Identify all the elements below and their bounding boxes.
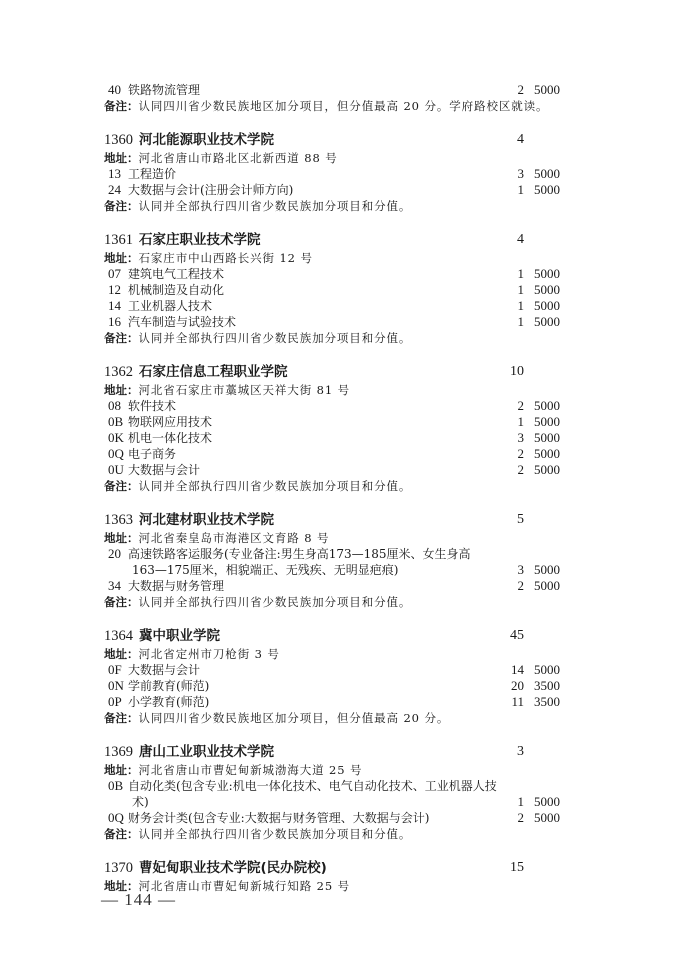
major-name: 工程造价	[128, 166, 176, 182]
major-row: 16 汽车制造与试验技术 1 5000	[104, 314, 584, 330]
previous-school-fragment: 40 铁路物流管理 2 5000 备注：认同四川省少数民族地区加分项目，但分值最…	[104, 82, 584, 114]
note-label: 备注：	[104, 199, 139, 213]
major-row: 12 机械制造及自动化 1 5000	[104, 282, 584, 298]
school-total-quota: 45	[510, 626, 524, 646]
major-name: 铁路物流管理	[128, 82, 200, 98]
school-name: 曹妃甸职业技术学院(民办院校)	[139, 860, 327, 876]
school-code: 1362	[104, 364, 133, 380]
note-text: 认同并全部执行四川省少数民族加分项目和分值。	[139, 827, 412, 841]
major-row: 0N 学前教育(师范) 20 3500	[104, 678, 584, 694]
major-name: 汽车制造与试验技术	[128, 314, 236, 330]
major-name: 软件技术	[128, 398, 176, 414]
major-tuition: 5000	[534, 562, 560, 578]
major-name-continuation: 术)	[132, 794, 149, 810]
school-code: 1370	[104, 860, 133, 876]
school-total-quota: 3	[517, 742, 524, 762]
address-label: 地址：	[104, 531, 139, 545]
major-quota: 1	[518, 298, 525, 314]
address-label: 地址：	[104, 383, 139, 397]
document-page: 40 铁路物流管理 2 5000 备注：认同四川省少数民族地区加分项目，但分值最…	[104, 82, 584, 894]
major-tuition: 5000	[534, 182, 560, 198]
school-header: 1363河北建材职业技术学院 5	[104, 510, 584, 530]
major-row: 0Q 电子商务 2 5000	[104, 446, 584, 462]
address-text: 河北省定州市刀枪街 3 号	[139, 647, 280, 661]
major-name: 大数据与会计	[128, 662, 200, 678]
school-header: 1369唐山工业职业技术学院 3	[104, 742, 584, 762]
major-tuition: 5000	[534, 298, 560, 314]
school-block-1360: 1360河北能源职业技术学院 4 地址：河北省唐山市路北区北新西道 88 号 1…	[104, 130, 584, 214]
major-quota: 2	[518, 462, 525, 478]
note-text: 认同并全部执行四川省少数民族加分项目和分值。	[139, 479, 412, 493]
note-label: 备注：	[104, 99, 139, 113]
address-text: 河北省唐山市路北区北新西道 88 号	[139, 151, 338, 165]
major-quota: 1	[518, 414, 525, 430]
major-row: 0Q 财务会计类(包含专业:大数据与财务管理、大数据与会计) 2 5000	[104, 810, 584, 826]
major-row: 13 工程造价 3 5000	[104, 166, 584, 182]
school-header: 1362石家庄信息工程职业学院 10	[104, 362, 584, 382]
note-label: 备注：	[104, 331, 139, 345]
major-tuition: 5000	[534, 282, 560, 298]
address-row: 地址：河北省唐山市曹妃甸新城行知路 25 号	[104, 878, 584, 894]
address-text: 河北省唐山市曹妃甸新城渤海大道 25 号	[139, 763, 363, 777]
major-tuition: 5000	[534, 414, 560, 430]
major-quota: 20	[511, 678, 524, 694]
school-name: 冀中职业学院	[139, 628, 220, 644]
major-tuition: 5000	[534, 166, 560, 182]
address-row: 地址：河北省定州市刀枪街 3 号	[104, 646, 584, 662]
major-tuition: 5000	[534, 810, 560, 826]
major-row: 20 高速铁路客运服务(专业备注:男生身高173—185厘米、女生身高	[104, 546, 584, 562]
school-name: 河北建材职业技术学院	[139, 512, 274, 528]
school-name: 石家庄职业技术学院	[139, 232, 261, 248]
major-row: 0P 小学教育(师范) 11 3500	[104, 694, 584, 710]
note-row: 备注：认同并全部执行四川省少数民族加分项目和分值。	[104, 826, 584, 842]
note-label: 备注：	[104, 595, 139, 609]
major-quota: 1	[518, 794, 525, 810]
major-row: 34 大数据与财务管理 2 5000	[104, 578, 584, 594]
address-text: 河北省石家庄市藁城区天祥大街 81 号	[139, 383, 351, 397]
address-label: 地址：	[104, 251, 139, 265]
major-tuition: 5000	[534, 82, 560, 98]
school-block-1364: 1364冀中职业学院 45 地址：河北省定州市刀枪街 3 号 0F 大数据与会计…	[104, 626, 584, 726]
school-header: 1364冀中职业学院 45	[104, 626, 584, 646]
note-row: 备注：认同并全部执行四川省少数民族加分项目和分值。	[104, 330, 584, 346]
major-name: 建筑电气工程技术	[128, 266, 224, 282]
major-name: 小学教育(师范)	[128, 694, 209, 710]
major-quota: 14	[511, 662, 524, 678]
major-row: 07 建筑电气工程技术 1 5000	[104, 266, 584, 282]
note-row: 备注：认同并全部执行四川省少数民族加分项目和分值。	[104, 594, 584, 610]
major-quota: 1	[518, 282, 525, 298]
major-quota: 2	[518, 398, 525, 414]
school-total-quota: 15	[510, 858, 524, 878]
major-row: 08 软件技术 2 5000	[104, 398, 584, 414]
major-tuition: 5000	[534, 662, 560, 678]
major-row: 0K 机电一体化技术 3 5000	[104, 430, 584, 446]
school-code: 1361	[104, 232, 133, 248]
school-code: 1360	[104, 132, 133, 148]
major-tuition: 5000	[534, 314, 560, 330]
major-quota: 3	[518, 562, 525, 578]
major-name: 电子商务	[128, 446, 176, 462]
major-tuition: 5000	[534, 794, 560, 810]
major-name: 大数据与会计(注册会计师方向)	[128, 182, 293, 198]
note-row: 备注：认同四川省少数民族地区加分项目，但分值最高 20 分。	[104, 710, 584, 726]
note-label: 备注：	[104, 479, 139, 493]
school-total-quota: 4	[517, 230, 524, 250]
major-tuition: 5000	[534, 430, 560, 446]
address-text: 石家庄市中山西路长兴街 12 号	[139, 251, 313, 265]
major-name: 机械制造及自动化	[128, 282, 224, 298]
major-quota: 3	[518, 430, 525, 446]
major-name: 自动化类(包含专业:机电一体化技术、电气自动化技术、工业机器人技	[128, 778, 497, 794]
school-name: 河北能源职业技术学院	[139, 132, 274, 148]
school-block-1361: 1361石家庄职业技术学院 4 地址：石家庄市中山西路长兴街 12 号 07 建…	[104, 230, 584, 346]
address-row: 地址：河北省秦皇岛市海港区文育路 8 号	[104, 530, 584, 546]
school-block-1370: 1370曹妃甸职业技术学院(民办院校) 15 地址：河北省唐山市曹妃甸新城行知路…	[104, 858, 584, 894]
address-row: 地址：河北省唐山市曹妃甸新城渤海大道 25 号	[104, 762, 584, 778]
note-text: 认同并全部执行四川省少数民族加分项目和分值。	[139, 595, 412, 609]
major-row: 0B 物联网应用技术 1 5000	[104, 414, 584, 430]
note-text: 认同并全部执行四川省少数民族加分项目和分值。	[139, 331, 412, 345]
address-text: 河北省秦皇岛市海港区文育路 8 号	[139, 531, 330, 545]
school-code: 1363	[104, 512, 133, 528]
major-tuition: 3500	[534, 694, 560, 710]
note-row: 备注：认同四川省少数民族地区加分项目，但分值最高 20 分。学府路校区就读。	[104, 98, 584, 114]
major-quota: 2	[518, 446, 525, 462]
major-name: 财务会计类(包含专业:大数据与财务管理、大数据与会计)	[128, 810, 429, 826]
school-total-quota: 5	[517, 510, 524, 530]
school-name: 石家庄信息工程职业学院	[139, 364, 288, 380]
school-code: 1369	[104, 744, 133, 760]
major-quota: 11	[511, 694, 524, 710]
major-quota: 2	[518, 82, 525, 98]
address-label: 地址：	[104, 647, 139, 661]
note-text: 认同并全部执行四川省少数民族加分项目和分值。	[139, 199, 412, 213]
major-name: 大数据与财务管理	[128, 578, 224, 594]
major-quota: 1	[518, 266, 525, 282]
school-block-1363: 1363河北建材职业技术学院 5 地址：河北省秦皇岛市海港区文育路 8 号 20…	[104, 510, 584, 610]
major-quota: 3	[518, 166, 525, 182]
major-tuition: 3500	[534, 678, 560, 694]
note-row: 备注：认同并全部执行四川省少数民族加分项目和分值。	[104, 198, 584, 214]
note-label: 备注：	[104, 827, 139, 841]
major-row: 0F 大数据与会计 14 5000	[104, 662, 584, 678]
note-label: 备注：	[104, 711, 139, 725]
school-header: 1361石家庄职业技术学院 4	[104, 230, 584, 250]
major-tuition: 5000	[534, 578, 560, 594]
school-block-1369: 1369唐山工业职业技术学院 3 地址：河北省唐山市曹妃甸新城渤海大道 25 号…	[104, 742, 584, 842]
school-header: 1360河北能源职业技术学院 4	[104, 130, 584, 150]
address-row: 地址：河北省唐山市路北区北新西道 88 号	[104, 150, 584, 166]
school-total-quota: 10	[510, 362, 524, 382]
major-quota: 1	[518, 314, 525, 330]
school-block-1362: 1362石家庄信息工程职业学院 10 地址：河北省石家庄市藁城区天祥大街 81 …	[104, 362, 584, 494]
major-name: 高速铁路客运服务(专业备注:男生身高173—185厘米、女生身高	[128, 546, 471, 562]
major-name: 物联网应用技术	[128, 414, 212, 430]
major-row-continuation: 术) 1 5000	[104, 794, 584, 810]
major-name-continuation: 163—175厘米，相貌端正、无残疾、无明显疤痕)	[132, 562, 399, 578]
school-header: 1370曹妃甸职业技术学院(民办院校) 15	[104, 858, 584, 878]
major-tuition: 5000	[534, 266, 560, 282]
major-quota: 2	[518, 578, 525, 594]
major-row: 14 工业机器人技术 1 5000	[104, 298, 584, 314]
major-quota: 2	[518, 810, 525, 826]
school-name: 唐山工业职业技术学院	[139, 744, 274, 760]
major-quota: 1	[518, 182, 525, 198]
school-total-quota: 4	[517, 130, 524, 150]
address-label: 地址：	[104, 151, 139, 165]
major-tuition: 5000	[534, 462, 560, 478]
address-row: 地址：石家庄市中山西路长兴街 12 号	[104, 250, 584, 266]
major-row: 0U 大数据与会计 2 5000	[104, 462, 584, 478]
major-name: 机电一体化技术	[128, 430, 212, 446]
address-label: 地址：	[104, 763, 139, 777]
major-tuition: 5000	[534, 398, 560, 414]
major-name: 工业机器人技术	[128, 298, 212, 314]
major-row: 40 铁路物流管理 2 5000	[104, 82, 584, 98]
major-name: 学前教育(师范)	[128, 678, 209, 694]
major-row: 24 大数据与会计(注册会计师方向) 1 5000	[104, 182, 584, 198]
major-row-continuation: 163—175厘米，相貌端正、无残疾、无明显疤痕) 3 5000	[104, 562, 584, 578]
note-text: 认同四川省少数民族地区加分项目，但分值最高 20 分。	[139, 711, 450, 725]
major-name: 大数据与会计	[128, 462, 200, 478]
major-row: 0B 自动化类(包含专业:机电一体化技术、电气自动化技术、工业机器人技	[104, 778, 584, 794]
address-row: 地址：河北省石家庄市藁城区天祥大街 81 号	[104, 382, 584, 398]
major-tuition: 5000	[534, 446, 560, 462]
page-number: — 144 —	[101, 890, 176, 910]
note-text: 认同四川省少数民族地区加分项目，但分值最高 20 分。学府路校区就读。	[139, 99, 549, 113]
school-code: 1364	[104, 628, 133, 644]
note-row: 备注：认同并全部执行四川省少数民族加分项目和分值。	[104, 478, 584, 494]
